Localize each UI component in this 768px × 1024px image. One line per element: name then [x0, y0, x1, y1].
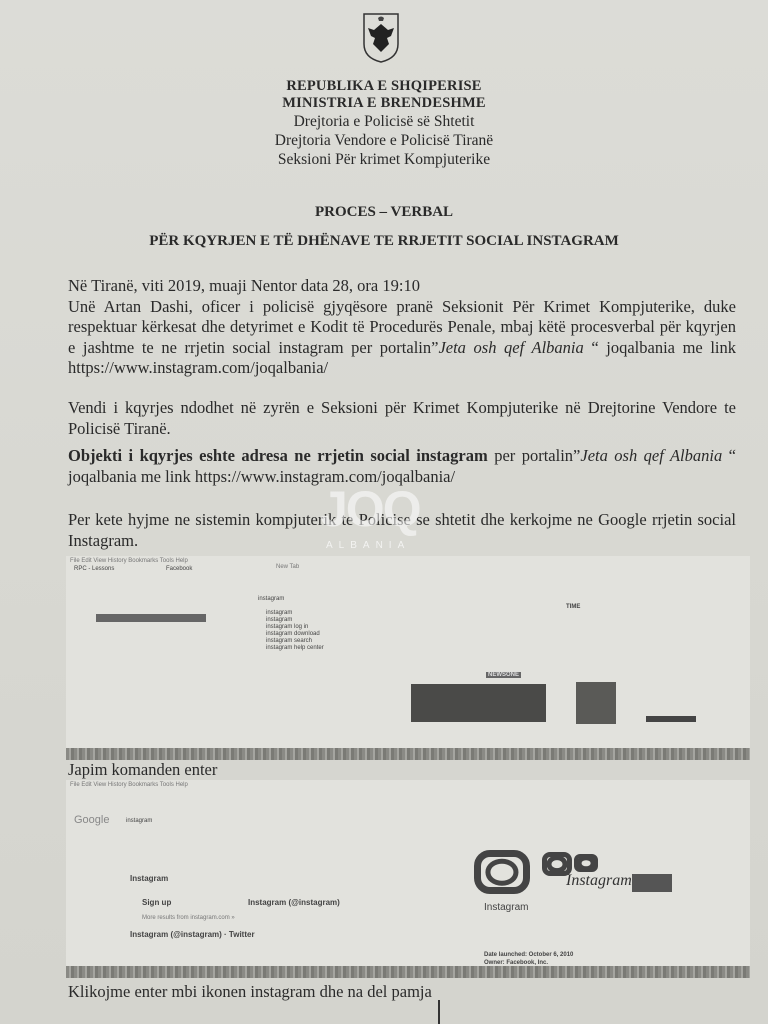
object-bold: Objekti i kqyrjes eshte adresa ne rrjeti…	[68, 446, 488, 465]
tab-facebook: Facebook	[166, 566, 192, 572]
instagram-wordmark: Instagram	[566, 872, 632, 890]
instagram-logo-large-icon	[474, 850, 530, 894]
header-ministry: MINISTRIA E BRENDESHME	[200, 95, 568, 112]
result-instagram-title[interactable]: Instagram	[130, 874, 168, 883]
document-subtitle: PËR KQYRJEN E TË DHËNAVE TE RRJETIT SOCI…	[0, 233, 768, 250]
object-portal-name: Jeta osh qef Albania	[580, 446, 722, 465]
result-twitter-title[interactable]: Instagram (@instagram) · Twitter	[130, 930, 255, 939]
facebook-tile	[96, 614, 206, 622]
knowledge-panel-title: Instagram	[484, 902, 528, 913]
suggestion[interactable]: instagram	[258, 596, 284, 602]
result-instagram-handle[interactable]: Instagram (@instagram)	[248, 898, 340, 907]
news-thumbnail	[411, 684, 546, 722]
thumbnail-buttons	[646, 716, 696, 722]
image-thumbnail	[632, 874, 672, 892]
header-local-directorate: Drejtoria Vendore e Policisë Tiranë	[200, 131, 568, 150]
google-logo: Google	[74, 814, 109, 826]
header-directorate: Drejtoria e Policisë së Shtetit	[200, 112, 568, 131]
paragraph-intro: Në Tiranë, viti 2019, muaji Nentor data …	[68, 276, 736, 379]
joq-watermark-logo: JOQ	[320, 480, 420, 538]
browser-screenshot-google-results: File Edit View History Bookmarks Tools H…	[66, 780, 750, 978]
menu-bar: File Edit View History Bookmarks Tools H…	[70, 558, 188, 564]
windows-taskbar	[66, 966, 750, 978]
suggestion[interactable]: instagram	[266, 617, 292, 623]
suggestion[interactable]: instagram search	[266, 638, 312, 644]
tab-new: New Tab	[276, 564, 299, 570]
letterhead: REPUBLIKA E SHQIPERISE MINISTRIA E BREND…	[200, 78, 568, 169]
tab-rpc: RPC - Lessons	[74, 566, 114, 572]
phone-thumbnail	[576, 682, 616, 724]
date-line: Në Tiranë, viti 2019, muaji Nentor data …	[68, 276, 736, 297]
windows-taskbar	[66, 748, 750, 760]
pen-mark	[438, 1000, 440, 1024]
time-tile-label: TIME	[566, 604, 580, 610]
menu-bar: File Edit View History Bookmarks Tools H…	[70, 782, 188, 788]
paragraph-location: Vendi i kqyrjes ndodhet në zyrën e Seksi…	[68, 398, 736, 439]
object-text: per portalin”	[488, 446, 581, 465]
joq-watermark-sub: ALBANIA	[326, 540, 410, 551]
search-input[interactable]: instagram	[126, 818, 152, 824]
result-more-link[interactable]: More results from instagram.com »	[142, 915, 235, 921]
suggestion[interactable]: instagram log in	[266, 624, 308, 630]
caption-enter: Japim komanden enter	[68, 760, 217, 780]
suggestion[interactable]: instagram download	[266, 631, 320, 637]
document-title: PROCES – VERBAL	[0, 204, 768, 221]
knowledge-panel-date: Date launched: October 6, 2010	[484, 952, 573, 958]
result-signup[interactable]: Sign up	[142, 898, 171, 907]
header-republic: REPUBLIKA E SHQIPERISE	[200, 78, 568, 95]
browser-screenshot-new-tab: File Edit View History Bookmarks Tools H…	[66, 556, 750, 760]
suggestion[interactable]: instagram	[266, 610, 292, 616]
albanian-coat-of-arms-icon	[362, 12, 400, 64]
instagram-logo-small-icon	[574, 854, 598, 872]
header-section: Seksioni Për krimet Kompjuterike	[200, 150, 568, 169]
document-page: REPUBLIKA E SHQIPERISE MINISTRIA E BREND…	[0, 0, 768, 1024]
caption-click-icon: Klikojme enter mbi ikonen instagram dhe …	[68, 982, 432, 1002]
newsone-tile-label: NEWSONE	[486, 672, 521, 678]
portal-name: Jeta osh qef Albania	[438, 338, 583, 357]
suggestion[interactable]: instagram help center	[266, 645, 324, 651]
